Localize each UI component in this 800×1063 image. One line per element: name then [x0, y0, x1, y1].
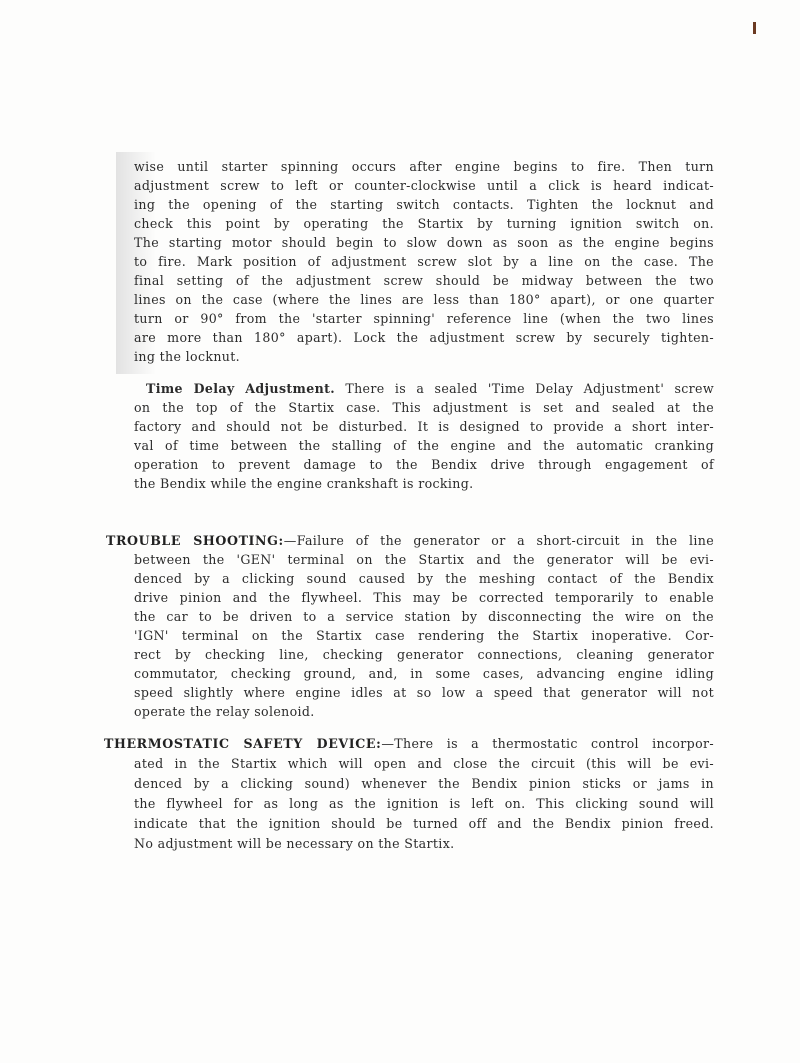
trouble-shooting-first-line: —Failure of the generator or a short-cir… [284, 533, 714, 548]
text-line: the Bendix while the engine crankshaft i… [134, 475, 474, 493]
text-line: between the 'GEN' terminal on the Starti… [134, 551, 714, 569]
text-line: drive pinion and the flywheel. This may … [134, 589, 714, 607]
text-line: adjustment screw to left or counter-cloc… [134, 177, 714, 195]
thermostatic-heading: THERMOSTATIC SAFETY DEVICE: [104, 736, 381, 751]
text-line: denced by a clicking sound) whenever the… [134, 775, 714, 793]
text-line: operation to prevent damage to the Bendi… [134, 456, 714, 474]
text-line: ing the opening of the starting switch c… [134, 196, 714, 214]
text-line: Time Delay Adjustment. There is a sealed… [146, 380, 714, 398]
trouble-shooting-heading: TROUBLE SHOOTING: [106, 533, 284, 548]
thermostatic-first-line: —There is a thermostatic control incorpo… [381, 736, 714, 751]
text-line: final setting of the adjustment screw sh… [134, 272, 714, 290]
text-line: check this point by operating the Starti… [134, 215, 714, 233]
text-line: lines on the case (where the lines are l… [134, 291, 714, 309]
time-delay-heading: Time Delay Adjustment. [146, 381, 335, 396]
time-delay-first-line: There is a sealed 'Time Delay Adjustment… [335, 381, 714, 396]
text-line: No adjustment will be necessary on the S… [134, 835, 455, 853]
text-line: denced by a clicking sound caused by the… [134, 570, 714, 588]
text-line: are more than 180° apart). Lock the adju… [134, 329, 714, 347]
text-line: on the top of the Startix case. This adj… [134, 399, 714, 417]
text-line: val of time between the stalling of the … [134, 437, 714, 455]
text-line: THERMOSTATIC SAFETY DEVICE:—There is a t… [104, 735, 714, 753]
text-line: factory and should not be disturbed. It … [134, 418, 714, 436]
text-line: The starting motor should begin to slow … [134, 234, 714, 252]
text-line: operate the relay solenoid. [134, 703, 315, 721]
text-line: wise until starter spinning occurs after… [134, 158, 714, 176]
text-line: TROUBLE SHOOTING:—Failure of the generat… [106, 532, 714, 550]
text-line: ated in the Startix which will open and … [134, 755, 714, 773]
text-line: the flywheel for as long as the ignition… [134, 795, 714, 813]
text-line: to fire. Mark position of adjustment scr… [134, 253, 714, 271]
text-line: indicate that the ignition should be tur… [134, 815, 714, 833]
page-number-mark [753, 22, 756, 34]
text-line: ing the locknut. [134, 348, 240, 366]
text-line: the car to be driven to a service statio… [134, 608, 714, 626]
text-line: commutator, checking ground, and, in som… [134, 665, 714, 683]
text-line: turn or 90° from the 'starter spinning' … [134, 310, 714, 328]
text-line: rect by checking line, checking generato… [134, 646, 714, 664]
text-line: 'IGN' terminal on the Startix case rende… [134, 627, 714, 645]
text-line: speed slightly where engine idles at so … [134, 684, 714, 702]
